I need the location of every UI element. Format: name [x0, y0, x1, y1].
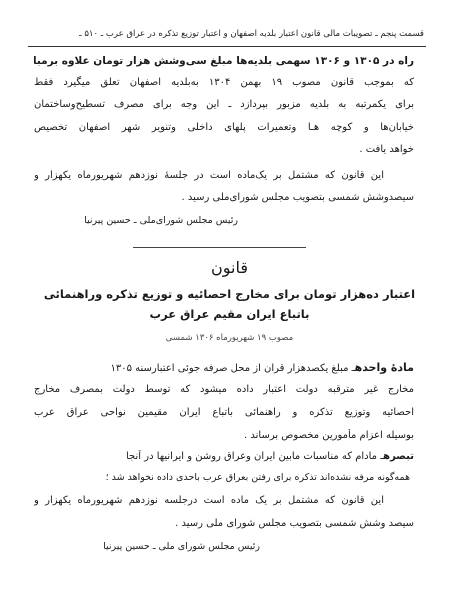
article-line: احصائیه وتوزیع تذکره و راهنمائی باتباع ا…: [34, 406, 414, 420]
closing-line: سیصد وشش شمسی بتصویب مجلس شورای ملی رسید…: [160, 517, 414, 531]
document-page: قسمت پنجم ـ تصویبات مالی قانون اعتبار بل…: [0, 0, 459, 599]
note-text: ـ مادام که مناسبات مابین ایران وعراق روش…: [126, 451, 383, 462]
law-title-line-2: باتباع ایران مقیم عراق عرب: [0, 307, 459, 321]
note-line: همه‌گونه مرفه نشده‌اند تذکره برای رفتن ب…: [40, 471, 410, 485]
running-header: قسمت پنجم ـ تصویبات مالی قانون اعتبار بل…: [30, 29, 424, 43]
closing-line: سیصدوشش شمسی بتصویب مجلس شورای‌ملی رسید …: [160, 191, 414, 205]
body-line: برای یکمرتبه به بلدیه مزبور بپردازد ـ ای…: [34, 98, 414, 112]
header-rule: [28, 46, 426, 47]
law-heading: قانون: [0, 258, 459, 277]
closing-line: این قانون که مشتمل بر یک ماده است درجلسه…: [34, 494, 384, 508]
approval-date: مصوب ۱۹ شهریورماه ۱۳۰۶ شمسی: [0, 333, 459, 343]
body-line: خیابان‌ها و کوچه هـا وتعمیرات پلهای داخل…: [34, 121, 414, 135]
body-line: راه در ۱۳۰۵ و ۱۳۰۶ سهمی بلدیه‌ها مبلغ سی…: [34, 54, 414, 68]
article-text: ـ مبلغ یکصدهزار قران از محل صرفه جوئی اع…: [110, 363, 354, 374]
article-line: مادهٔ واحدهـ مبلغ یکصدهزار قران از محل ص…: [34, 361, 414, 376]
article-line: بوسیله اعزام مأمورین مخصوص برساند .: [34, 429, 414, 443]
signature: رئیس مجلس شورای ملی ـ حسین پیرنیا: [50, 540, 260, 554]
section-separator: [133, 247, 306, 248]
body-line: خواهد یافت .: [34, 143, 414, 157]
note-label: تبصره: [383, 451, 414, 462]
article-label: مادهٔ واحده: [355, 361, 414, 374]
article-line: مخارج غیر مترقبه دولت اعتبار داده میشود …: [34, 383, 414, 397]
closing-line: این قانون که مشتمل بر یک‌ماده است در جلس…: [34, 169, 384, 183]
note-line: تبصرهـ مادام که مناسبات مابین ایران وعرا…: [34, 450, 414, 464]
signature: رئیس مجلس شورای‌ملی ـ حسین پیرنیا: [50, 214, 238, 228]
law-title-line-1: اعتبار ده‌هزار تومان برای مخارج احصائیه …: [0, 287, 459, 301]
body-line: که بموجب قانون مصوب ۱۹ بهمن ۱۳۰۴ به‌بلدی…: [34, 76, 414, 90]
